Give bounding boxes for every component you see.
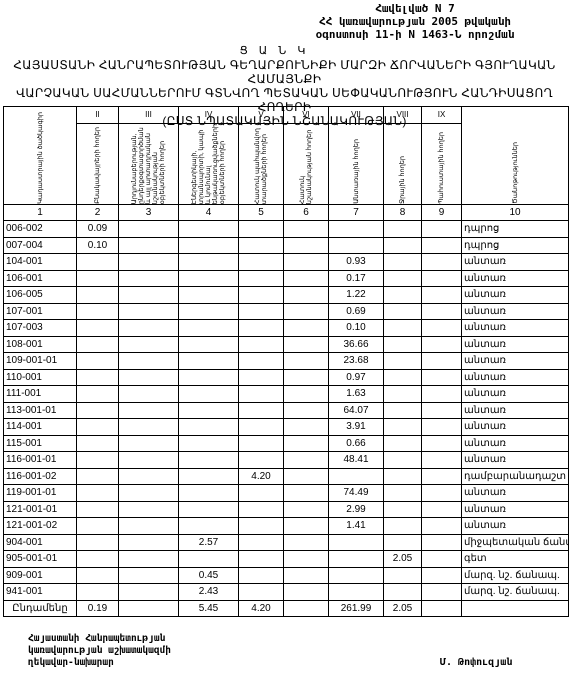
area-cell [179,369,239,386]
column-header: Կադաստրային ծածկագիր [4,107,77,205]
area-cell [119,501,179,518]
area-cell [284,534,329,551]
cadastral-code-cell: 109-001-01 [4,353,77,370]
area-cell [422,303,462,320]
column-number: 4 [179,204,239,221]
table-row: 115-0010.66անտառ [4,435,569,452]
column-header-text: Հատուկ պահպանվող տարածքների հողեր [254,124,268,204]
area-cell: 2.57 [179,534,239,551]
annex-reference: Հավելված N 7 ՀՀ կառավարության 2005 թվակա… [270,2,560,41]
column-header: Ծանոթություններ [462,107,569,205]
area-cell [284,369,329,386]
area-cell: 0.10 [329,320,384,337]
area-cell [384,485,422,502]
area-cell [77,551,119,568]
note-cell: անտառ [462,419,569,436]
column-header: Անտառային հողեր [329,123,384,204]
column-header: Արդյունաբերության, ընդերքօգտագործման և ա… [119,123,179,204]
column-number: 7 [329,204,384,221]
area-cell [284,551,329,568]
table-row: 109-001-0123.68անտառ [4,353,569,370]
area-cell [77,452,119,469]
note-cell: դամբարանադաշտ [462,468,569,485]
area-cell [239,551,284,568]
note-cell: անտառ [462,270,569,287]
area-cell [119,303,179,320]
column-header-text: Անտառային հողեր [353,139,360,204]
area-cell [284,501,329,518]
area-cell [422,485,462,502]
column-number: 1 [4,204,77,221]
cadastral-code-cell: 111-001 [4,386,77,403]
area-cell [422,419,462,436]
area-cell [77,518,119,535]
column-header-text: Էներգետիկայի, տրանսպորտի, կապի և կոմունա… [191,124,226,204]
area-cell: 0.10 [77,237,119,254]
table-row: 006-0020.09դպրոց [4,221,569,238]
area-cell [119,270,179,287]
note-cell: դպրոց [462,237,569,254]
area-cell [422,551,462,568]
cadastral-code-cell: 006-002 [4,221,77,238]
area-cell: 0.66 [329,435,384,452]
roman-numeral: VII [329,107,384,124]
area-cell [384,237,422,254]
area-cell [77,567,119,584]
cadastral-code-cell: 107-001 [4,303,77,320]
note-cell: անտառ [462,303,569,320]
area-cell [239,287,284,304]
cadastral-code-cell: 119-001-01 [4,485,77,502]
area-cell [384,254,422,271]
area-cell [179,501,239,518]
table-row: 107-0030.10անտառ [4,320,569,337]
area-cell [284,567,329,584]
area-cell [119,402,179,419]
area-cell [77,419,119,436]
cadastral-code-cell: 007-004 [4,237,77,254]
area-cell [384,518,422,535]
area-cell [284,485,329,502]
area-cell [239,254,284,271]
area-cell [239,320,284,337]
area-cell [384,567,422,584]
area-cell [284,468,329,485]
column-number: 9 [422,204,462,221]
area-cell [329,237,384,254]
area-cell [119,584,179,601]
area-cell [239,221,284,238]
total-cell: 4.20 [239,600,284,617]
area-cell [284,435,329,452]
note-cell: անտառ [462,402,569,419]
column-header: Պահուստային հողեր [422,123,462,204]
area-cell [384,534,422,551]
signatory-name: Մ. Թոփուզյան [440,657,512,668]
area-cell [239,584,284,601]
area-cell [179,518,239,535]
area-cell [119,485,179,502]
area-cell [384,435,422,452]
note-cell: անտառ [462,369,569,386]
area-cell [284,320,329,337]
note-cell: անտառ [462,254,569,271]
area-cell [119,254,179,271]
area-cell [239,501,284,518]
area-cell [284,419,329,436]
total-cell [462,600,569,617]
area-cell: 48.41 [329,452,384,469]
area-cell [329,534,384,551]
area-cell [284,584,329,601]
area-cell [239,452,284,469]
note-cell: անտառ [462,353,569,370]
area-cell: 36.66 [329,336,384,353]
area-cell [422,501,462,518]
roman-numeral: VIII [384,107,422,124]
area-cell [284,287,329,304]
area-cell [179,287,239,304]
area-cell [239,237,284,254]
area-cell [422,584,462,601]
area-cell [77,435,119,452]
area-cell [119,468,179,485]
area-cell [384,287,422,304]
table-row: 111-0011.63անտառ [4,386,569,403]
area-cell: 0.09 [77,221,119,238]
area-cell [119,386,179,403]
note-cell: անտառ [462,501,569,518]
area-cell [77,584,119,601]
area-cell [179,452,239,469]
area-cell [239,353,284,370]
area-cell [422,336,462,353]
table-row: 106-0010.17անտառ [4,270,569,287]
column-number: 10 [462,204,569,221]
area-cell [284,452,329,469]
area-cell [179,221,239,238]
roman-numeral: V [239,107,284,124]
area-cell [239,419,284,436]
area-cell [239,435,284,452]
roman-numeral: VI [284,107,329,124]
area-cell [239,270,284,287]
column-header-text: Ջրային հողեր [399,156,406,204]
column-header: Բնակավայրերի հողեր [77,123,119,204]
table-row: 905-001-012.05գետ [4,551,569,568]
area-cell [384,353,422,370]
column-header-text: Բնակավայրերի հողեր [94,127,101,204]
table-row: 904-0012.57միջպետական ճանապ. [4,534,569,551]
area-cell [384,320,422,337]
area-cell: 0.69 [329,303,384,320]
area-cell [284,237,329,254]
area-cell [284,386,329,403]
area-cell [384,336,422,353]
column-number-row: 12345678910 [4,204,569,221]
area-cell [239,485,284,502]
column-header-text: Պահուստային հողեր [438,132,445,204]
total-cell: 261.99 [329,600,384,617]
area-cell [179,419,239,436]
area-cell: 2.43 [179,584,239,601]
total-cell: 2.05 [384,600,422,617]
area-cell [239,336,284,353]
table-row: 941-0012.43մարզ. նշ. ճանապ. [4,584,569,601]
table-row: 119-001-0174.49անտառ [4,485,569,502]
area-cell [119,237,179,254]
area-cell [422,386,462,403]
area-cell [384,402,422,419]
cadastral-code-cell: 106-005 [4,287,77,304]
area-cell [119,419,179,436]
table-row: 121-001-012.99անտառ [4,501,569,518]
table-row: 116-001-0148.41անտառ [4,452,569,469]
area-cell [77,402,119,419]
cadastral-code-cell: 104-001 [4,254,77,271]
area-cell [119,534,179,551]
area-cell [119,551,179,568]
cadastral-code-cell: 905-001-01 [4,551,77,568]
note-cell: մարզ. նշ. ճանապ. [462,584,569,601]
area-cell [422,254,462,271]
title-list-label: Ց Ա Ն Կ [0,44,569,58]
area-cell [422,567,462,584]
area-cell: 74.49 [329,485,384,502]
area-cell [384,501,422,518]
cadastral-code-cell: 113-001-01 [4,402,77,419]
area-cell [239,303,284,320]
cadastral-code-cell: 108-001 [4,336,77,353]
table-row: 104-0010.93անտառ [4,254,569,271]
area-cell [422,353,462,370]
area-cell: 2.99 [329,501,384,518]
area-cell [422,237,462,254]
area-cell [422,435,462,452]
area-cell [77,485,119,502]
area-cell [422,221,462,238]
area-cell [77,468,119,485]
area-cell [179,435,239,452]
area-cell [329,221,384,238]
total-cell: 0.19 [77,600,119,617]
area-cell [384,468,422,485]
column-header: Ջրային հողեր [384,123,422,204]
area-cell [119,369,179,386]
area-cell [422,452,462,469]
signatory-position: Հայաստանի Հանրապետության կառավարության ա… [28,633,171,669]
area-cell [284,303,329,320]
area-cell [77,369,119,386]
area-cell [384,303,422,320]
area-cell [179,336,239,353]
area-cell [239,534,284,551]
cadastral-code-cell: 904-001 [4,534,77,551]
note-cell: անտառ [462,386,569,403]
area-cell [119,452,179,469]
column-number: 8 [384,204,422,221]
area-cell [384,419,422,436]
area-cell [422,369,462,386]
annex-line: օգոստոսի 11-ի N 1463-Ն որոշման [270,28,560,41]
table-row: 106-0051.22անտառ [4,287,569,304]
area-cell [77,303,119,320]
area-cell [239,567,284,584]
area-cell: 4.20 [239,468,284,485]
table-row: 108-00136.66անտառ [4,336,569,353]
area-cell [329,551,384,568]
column-header-text: Ծանոթություններ [512,142,519,204]
area-cell [77,287,119,304]
column-number: 5 [239,204,284,221]
column-header-text: Կադաստրային ծածկագիր [37,112,44,204]
table-row: 107-0010.69անտառ [4,303,569,320]
area-cell [119,336,179,353]
area-cell: 1.63 [329,386,384,403]
annex-line: Հավելված N 7 [270,2,560,15]
cadastral-code-cell: 114-001 [4,419,77,436]
total-row: Ընդամենը0.195.454.20261.992.05 [4,600,569,617]
column-header-text: Արդյունաբերության, ընդերքօգտագործման և ա… [131,124,166,204]
area-cell: 0.17 [329,270,384,287]
area-cell [284,221,329,238]
cadastral-code-cell: 121-001-01 [4,501,77,518]
area-cell [284,336,329,353]
area-cell [329,584,384,601]
area-cell: 1.41 [329,518,384,535]
area-cell [422,270,462,287]
area-cell [77,270,119,287]
roman-numeral: III [119,107,179,124]
area-cell [384,369,422,386]
area-cell [77,386,119,403]
cadastral-code-cell: 106-001 [4,270,77,287]
area-cell [329,567,384,584]
note-cell: անտառ [462,518,569,535]
area-cell [179,320,239,337]
area-cell [284,402,329,419]
cadastral-code-cell: 941-001 [4,584,77,601]
area-cell: 0.93 [329,254,384,271]
position-line: Հայաստանի Հանրապետության [28,633,171,645]
area-cell [384,584,422,601]
roman-header-row: Կադաստրային ծածկագիրIIIIIIVVVIVIIVIIIIXԾ… [4,107,569,124]
total-cell [119,600,179,617]
area-cell [179,353,239,370]
area-cell: 2.05 [384,551,422,568]
area-cell [284,270,329,287]
area-cell [384,221,422,238]
area-cell: 23.68 [329,353,384,370]
table-row: 116-001-024.20դամբարանադաշտ [4,468,569,485]
area-cell [179,485,239,502]
area-cell [77,254,119,271]
area-cell [179,254,239,271]
column-header: Հատուկ պահպանվող տարածքների հողեր [239,123,284,204]
area-cell [77,336,119,353]
area-cell: 1.22 [329,287,384,304]
note-cell: անտառ [462,452,569,469]
cadastral-code-cell: 116-001-01 [4,452,77,469]
area-cell [77,353,119,370]
table-row: 909-0010.45մարզ. նշ. ճանապ. [4,567,569,584]
column-number: 2 [77,204,119,221]
note-cell: միջպետական ճանապ. [462,534,569,551]
total-cell [422,600,462,617]
area-cell [329,468,384,485]
area-cell [179,237,239,254]
position-line: ղեկավար-նախարար [28,657,171,669]
area-cell [239,518,284,535]
table-row: 007-0040.10դպրոց [4,237,569,254]
title-line: ՀԱՅԱՍՏԱՆԻ ՀԱՆՐԱՊԵՏՈՒԹՅԱՆ ԳԵՂԱՐՔՈՒՆԻՔԻ ՄԱ… [0,58,569,86]
area-cell [119,287,179,304]
area-cell [384,386,422,403]
column-header: Էներգետիկայի, տրանսպորտի, կապի և կոմունա… [179,123,239,204]
column-number: 6 [284,204,329,221]
area-cell [77,320,119,337]
roman-numeral: IV [179,107,239,124]
note-cell: անտառ [462,485,569,502]
area-cell: 64.07 [329,402,384,419]
area-cell [119,567,179,584]
area-cell [422,320,462,337]
note-cell: անտառ [462,287,569,304]
area-cell [422,518,462,535]
area-cell [239,386,284,403]
table-row: 114-0013.91անտառ [4,419,569,436]
area-cell [119,320,179,337]
cadastral-code-cell: 909-001 [4,567,77,584]
land-table: Կադաստրային ծածկագիրIIIIIIVVVIVIIVIIIIXԾ… [3,106,569,617]
table-row: 110-0010.97անտառ [4,369,569,386]
area-cell [284,518,329,535]
area-cell [284,254,329,271]
area-cell [179,303,239,320]
area-cell [384,270,422,287]
note-cell: դպրոց [462,221,569,238]
column-header: Հատուկ նշանակության հողեր [284,123,329,204]
cadastral-code-cell: 107-003 [4,320,77,337]
table-row: 121-001-021.41անտառ [4,518,569,535]
area-cell [179,386,239,403]
area-cell [239,369,284,386]
area-cell [422,287,462,304]
table-row: 113-001-0164.07անտառ [4,402,569,419]
area-cell [179,551,239,568]
annex-line: ՀՀ կառավարության 2005 թվականի [270,15,560,28]
area-cell [179,468,239,485]
total-cell: 5.45 [179,600,239,617]
area-cell [284,353,329,370]
cadastral-code-cell: 115-001 [4,435,77,452]
area-cell [422,402,462,419]
roman-numeral: IX [422,107,462,124]
total-label: Ընդամենը [4,600,77,617]
cadastral-code-cell: 116-001-02 [4,468,77,485]
cadastral-code-cell: 121-001-02 [4,518,77,535]
area-cell [77,534,119,551]
area-cell [77,501,119,518]
column-number: 3 [119,204,179,221]
area-cell [179,402,239,419]
roman-numeral: II [77,107,119,124]
area-cell [119,353,179,370]
area-cell [239,402,284,419]
cadastral-code-cell: 110-001 [4,369,77,386]
area-cell [422,534,462,551]
area-cell [119,221,179,238]
